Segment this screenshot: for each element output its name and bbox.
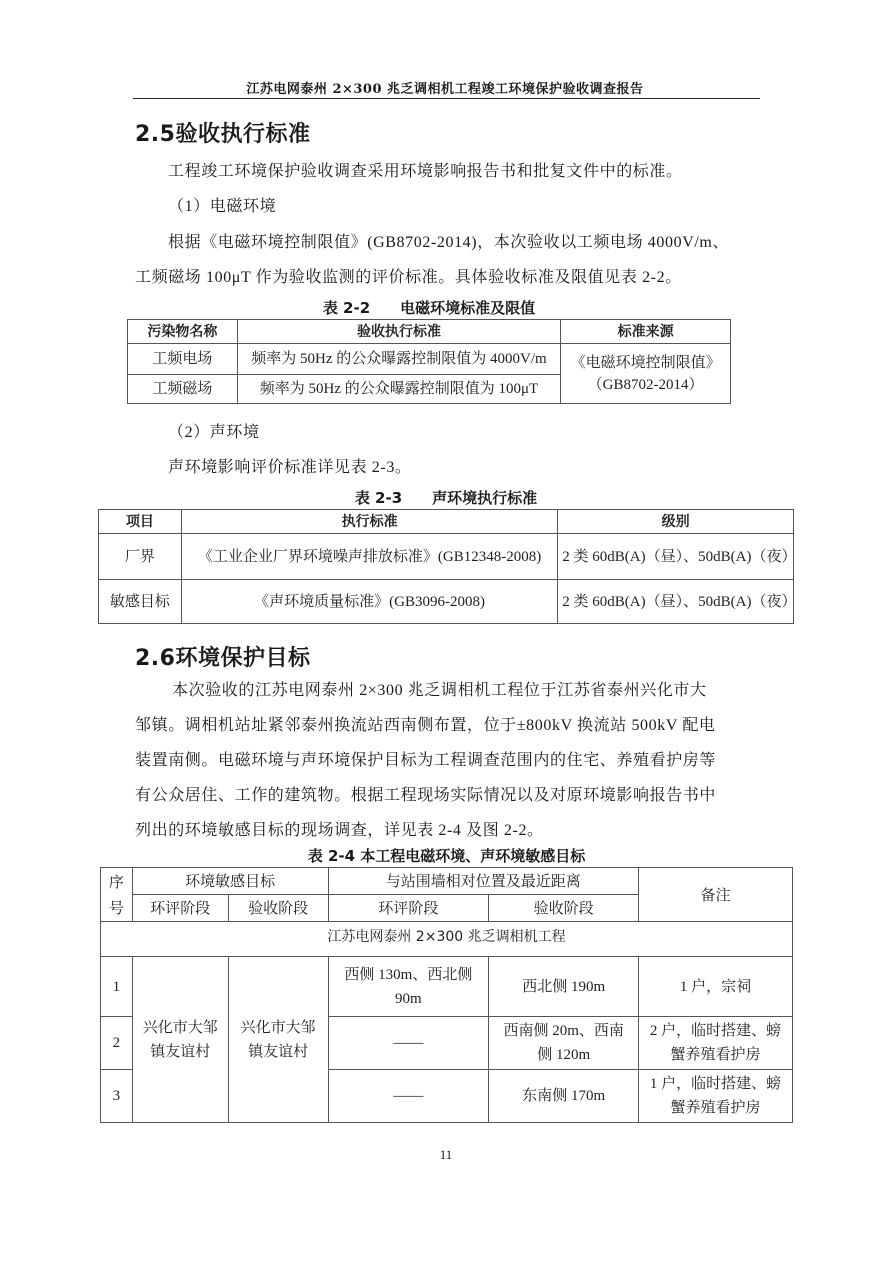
acceptance-standard: 频率为 50Hz 的公众曝露控制限值为 4000V/m	[237, 344, 560, 375]
section-heading-2-6: 2.6环境保护目标	[135, 641, 310, 672]
subheader-eia: 环评阶段	[132, 895, 228, 922]
project-name: 江苏电网泰州 2×300 兆乏调相机工程	[101, 922, 793, 957]
electromagnetic-paragraph-line2: 工频磁场 100μT 作为验收监测的评价标准。具体验收标准及限值见表 2-2。	[135, 261, 682, 295]
remark: 1 户，宗祠	[639, 957, 793, 1017]
seq: 3	[101, 1070, 133, 1123]
column-header: 项目	[99, 510, 182, 534]
position-eia: ——	[328, 1017, 489, 1070]
seq: 2	[101, 1017, 133, 1070]
column-header-target: 环境敏感目标	[132, 868, 328, 895]
table-2-3: 项目 执行标准 级别 厂界 《工业企业厂界环境噪声排放标准》(GB12348-2…	[98, 509, 794, 624]
standard: 《工业企业厂界环境噪声排放标准》(GB12348-2008)	[181, 534, 557, 580]
position-eia-text: 西侧 130m、西北侧 90m	[338, 963, 478, 1011]
running-header: 江苏电网泰州 2×300 兆乏调相机工程竣工环境保护验收调查报告	[130, 78, 760, 97]
table-row: 1 兴化市大邹镇友谊村 兴化市大邹镇友谊村 西侧 130m、西北侧 90m 西北…	[101, 957, 793, 1017]
table-2-4: 序号 环境敏感目标 与站围墙相对位置及最近距离 备注 环评阶段 验收阶段 环评阶…	[100, 867, 793, 1123]
acceptance-standard: 频率为 50Hz 的公众曝露控制限值为 100μT	[237, 375, 560, 404]
paragraph-line: 邹镇。调相机站址紧邻泰州换流站西南侧布置，位于±800kV 换流站 500kV …	[135, 709, 716, 743]
item: 敏感目标	[99, 580, 182, 624]
standard: 《声环境质量标准》(GB3096-2008)	[181, 580, 557, 624]
level: 2 类 60dB(A)（昼）、50dB(A)（夜）	[558, 580, 794, 624]
position-acceptance: 西南侧 20m、西南侧 120m	[489, 1017, 639, 1070]
table-2-3-caption: 表 2-3 声环境执行标准	[98, 487, 794, 508]
column-header: 执行标准	[181, 510, 557, 534]
table-2-4-caption: 表 2-4 本工程电磁环境、声环境敏感目标	[100, 845, 793, 866]
seq: 1	[101, 957, 133, 1017]
section-2-5-intro: 工程竣工环境保护验收调查采用环境影响报告书和批复文件中的标准。	[168, 155, 683, 189]
paragraph-line: 装置南侧。电磁环境与声环境保护目标为工程调查范围内的住宅、养殖看护房等	[135, 744, 716, 778]
subheader-acceptance: 验收阶段	[489, 895, 639, 922]
table-header-row: 污染物名称 验收执行标准 标准来源	[128, 320, 731, 344]
pollutant-name: 工频磁场	[128, 375, 238, 404]
header-divider	[133, 98, 760, 99]
column-header: 级别	[558, 510, 794, 534]
position-acceptance: 东南侧 170m	[489, 1070, 639, 1123]
column-header-remark: 备注	[639, 868, 793, 922]
subsection-electromagnetic-title: （1）电磁环境	[168, 190, 276, 224]
subheader-acceptance: 验收阶段	[228, 895, 328, 922]
standard-source-line1: 《电磁环境控制限值》	[565, 352, 726, 374]
table-header-row: 项目 执行标准 级别	[99, 510, 794, 534]
target-eia-text: 兴化市大邹镇友谊村	[140, 1016, 220, 1064]
remark-text: 2 户，临时搭建、螃蟹养殖看护房	[646, 1019, 786, 1067]
column-header-position: 与站围墙相对位置及最近距离	[328, 868, 639, 895]
acoustic-paragraph: 声环境影响评价标准详见表 2-3。	[168, 451, 412, 485]
standard-source-line2: （GB8702-2014）	[565, 374, 726, 396]
target-eia: 兴化市大邹镇友谊村	[132, 957, 228, 1123]
page-number: 11	[400, 1147, 492, 1163]
table-2-2-caption: 表 2-2 电磁环境标准及限值	[127, 297, 731, 318]
paragraph-line: 本次验收的江苏电网泰州 2×300 兆乏调相机工程位于江苏省泰州兴化市大	[172, 674, 707, 708]
subheader-eia: 环评阶段	[328, 895, 489, 922]
electromagnetic-paragraph-line1: 根据《电磁环境控制限值》(GB8702-2014)，本次验收以工频电场 4000…	[168, 226, 729, 260]
table-2-2: 污染物名称 验收执行标准 标准来源 工频电场 频率为 50Hz 的公众曝露控制限…	[127, 319, 731, 404]
table-row: 敏感目标 《声环境质量标准》(GB3096-2008) 2 类 60dB(A)（…	[99, 580, 794, 624]
project-group-row: 江苏电网泰州 2×300 兆乏调相机工程	[101, 922, 793, 957]
position-acceptance-text: 西南侧 20m、西南侧 120m	[499, 1019, 629, 1067]
position-eia: ——	[328, 1070, 489, 1123]
subsection-acoustic-title: （2）声环境	[168, 416, 260, 450]
pollutant-name: 工频电场	[128, 344, 238, 375]
remark-text: 1 户，临时搭建、螃蟹养殖看护房	[646, 1072, 786, 1120]
table-row: 工频电场 频率为 50Hz 的公众曝露控制限值为 4000V/m 《电磁环境控制…	[128, 344, 731, 375]
table-row: 厂界 《工业企业厂界环境噪声排放标准》(GB12348-2008) 2 类 60…	[99, 534, 794, 580]
remark: 1 户，临时搭建、螃蟹养殖看护房	[639, 1070, 793, 1123]
level: 2 类 60dB(A)（昼）、50dB(A)（夜）	[558, 534, 794, 580]
paragraph-line: 列出的环境敏感目标的现场调查，详见表 2-4 及图 2-2。	[135, 814, 544, 848]
target-acceptance-text: 兴化市大邹镇友谊村	[238, 1016, 318, 1064]
column-header: 标准来源	[561, 320, 731, 344]
paragraph-line: 有公众居住、工作的建筑物。根据工程现场实际情况以及对原环境影响报告书中	[135, 779, 716, 813]
position-eia: 西侧 130m、西北侧 90m	[328, 957, 489, 1017]
item: 厂界	[99, 534, 182, 580]
target-acceptance: 兴化市大邹镇友谊村	[228, 957, 328, 1123]
seq-header-text: 序号	[108, 869, 124, 921]
column-header: 污染物名称	[128, 320, 238, 344]
table-header-row: 序号 环境敏感目标 与站围墙相对位置及最近距离 备注	[101, 868, 793, 895]
standard-source: 《电磁环境控制限值》 （GB8702-2014）	[561, 344, 731, 404]
column-header: 验收执行标准	[237, 320, 560, 344]
remark: 2 户，临时搭建、螃蟹养殖看护房	[639, 1017, 793, 1070]
section-heading-2-5: 2.5验收执行标准	[135, 117, 310, 148]
column-header-seq: 序号	[101, 868, 133, 922]
position-acceptance: 西北侧 190m	[489, 957, 639, 1017]
